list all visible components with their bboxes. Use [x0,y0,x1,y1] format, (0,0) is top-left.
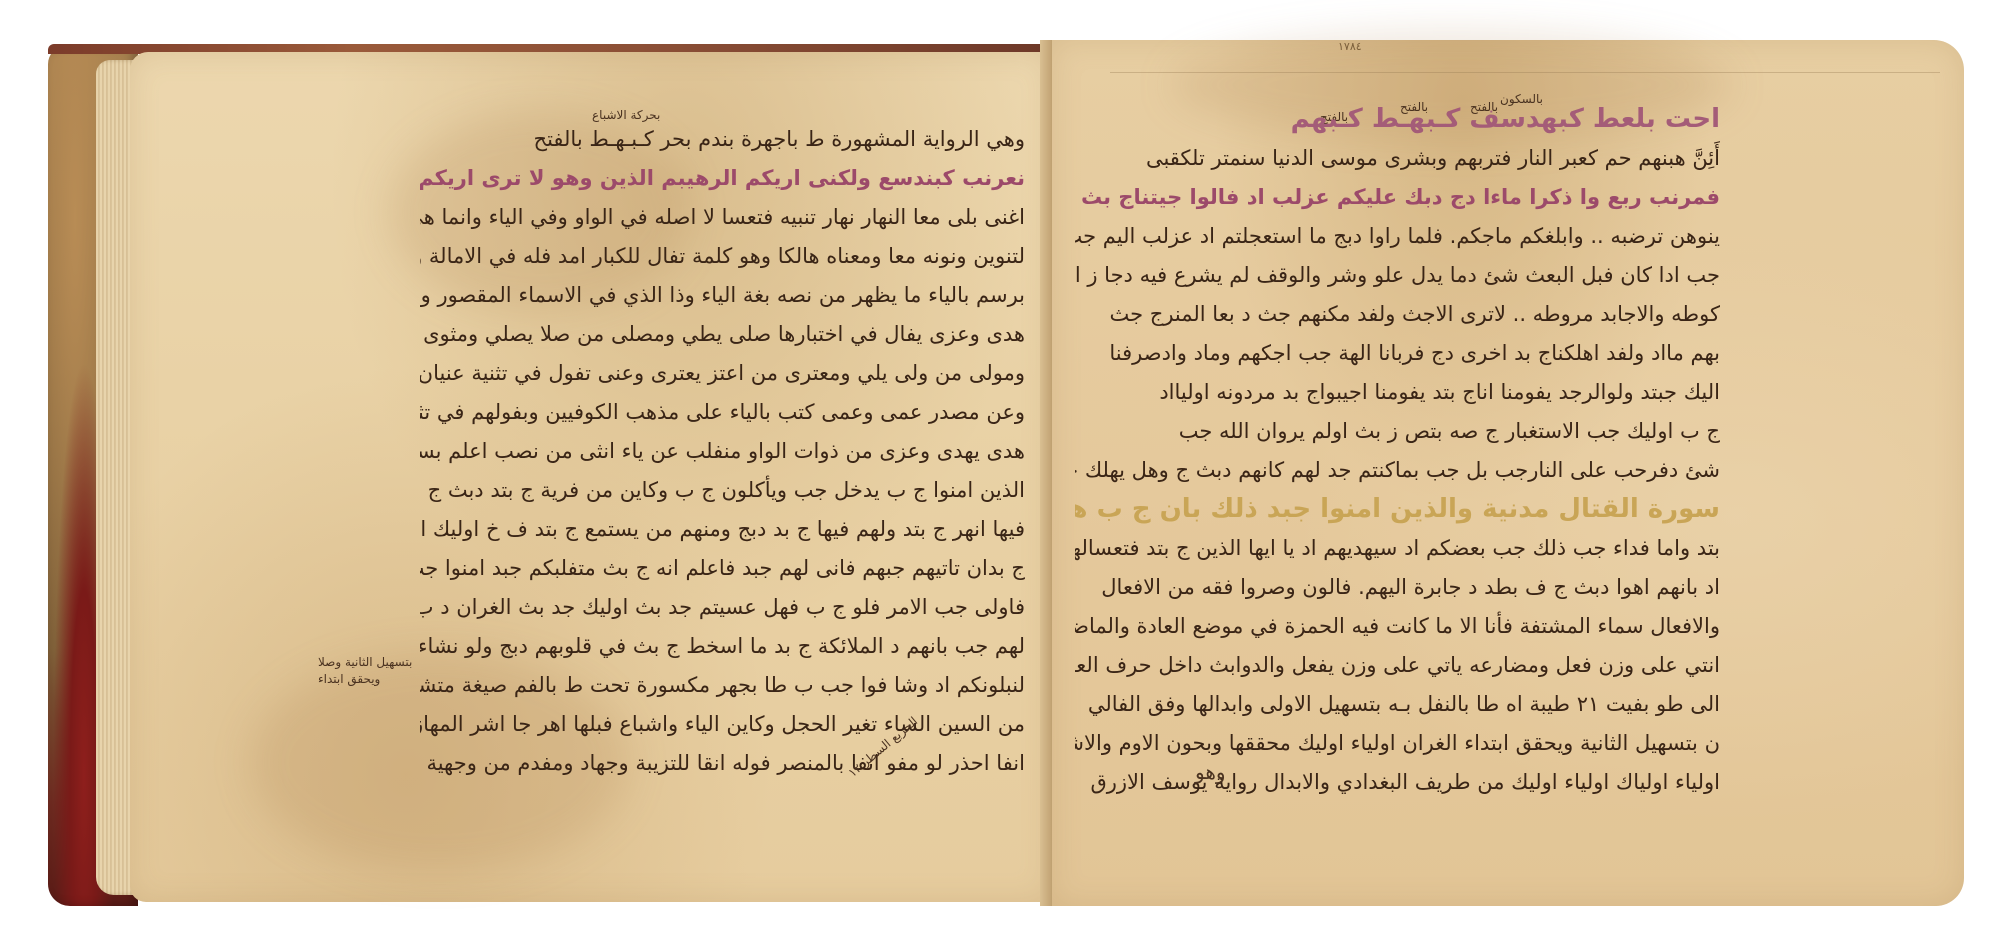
text-line: ومولى من ولى يلي ومعترى من اعتز يعترى وع… [420,354,1025,393]
text-line: شئ دفرحب على النارجب بل جب بماكنتم جد له… [1075,451,1720,490]
text-line: ينوهن ترضبه .. وابلغكم ماجكم. فلما راوا … [1075,217,1720,256]
trailing-note: وهو [1195,760,1226,784]
text-line: انتي على وزن فعل ومضارعه ياتي على وزن يف… [1075,646,1720,685]
text-line: فيها انهر ج بتد ولهم فيها ج بد دبج ومنهم… [420,510,1025,549]
text-line: هدى وعزى يفال في اختبارها صلى يطي ومصلى … [420,315,1025,354]
text-line: فاولى جب الامر فلو ج ب فهل عسيتم جد بث ا… [420,588,1025,627]
text-line: وعن مصدر عمى وعمى كتب بالياء على مذهب ال… [420,393,1025,432]
text-line: لنبلونكم اد وشا فوا جب ب طا بجهر مكسورة … [420,666,1025,705]
text-line: اليك جبتد ولوالرجد يفومنا اناج بتد يفومن… [1075,373,1720,412]
text-line: لتنوين ونونه معا ومعناه هالكا وهو كلمة ت… [420,237,1025,276]
text-line: من السين الساء تغير الحجل وكاين الياء وا… [420,705,1025,744]
left-text-block: وهي الرواية المشهورة ط باجهرة بندم بحر ك… [420,120,1025,783]
text-line: ن بتسهيل الثانية ويحقق ابتداء الغران اول… [1075,724,1720,763]
text-line: الى طو بفيت ٢١ طيبة اه طا بالنفل بـه بتس… [1075,685,1720,724]
text-line-rubric: فمرنب ربع وا ذكرا ماءا دج دبك عليكم عزلب… [1075,178,1720,217]
marginal-note: ويحقق ابتداء [318,672,380,686]
marginal-note: بتسهيل الثانية وصلا [318,655,412,669]
text-line: الذين امنوا ج ب يدخل جب ويأكلون ج ب وكاي… [420,471,1025,510]
text-line: لهم جب بانهم د الملائكة ج بد ما اسخط ج ب… [420,627,1025,666]
text-line: جب ادا كان فبل البعث شئ دما يدل علو وشر … [1075,256,1720,295]
text-line: أَئِنَّ هبنهم حم كعبر النار فتربهم وبشرى… [1075,139,1720,178]
text-line: برسم بالياء ما يظهر من نصه بغة الياء وذا… [420,276,1025,315]
folio-number: ١٧٨٤ [1338,40,1362,53]
manuscript-photo: ١٧٨٤ بحركة الاشباع وهي الرواية المشهورة … [0,0,2000,948]
text-line: انفا احذر لو مفو انفا بالمنصر فوله انقا … [420,744,1025,783]
text-line: اد بانهم اهوا دبث ج ف بطد د جابرة اليهم.… [1075,568,1720,607]
text-line: والافعال سماء المشتفة فأنا الا ما كانت ف… [1075,607,1720,646]
text-line: اغنى بلى معا النهار نهار تنبيه فتعسا لا … [420,198,1025,237]
ruled-line [1110,72,1940,73]
text-line: بهم مااد ولفد اهلكناج بد اخرى دج فربانا … [1075,334,1720,373]
rubric-heading: احت بلعط كبهدسف كـبهـط كـبهم [1075,100,1720,139]
text-line: اولياء اولياك اولياء اوليك من طريف البغد… [1075,763,1720,802]
text-line: وهي الرواية المشهورة ط باجهرة بندم بحر ك… [420,120,1025,159]
text-line: ج بدان تاتيهم جبهم فانى لهم جبد فاعلم ان… [420,549,1025,588]
surah-heading-line: سورة القتال مدنية والذين امنوا جبد ذلك ب… [1075,490,1720,529]
text-line: هدى يهدى وعزى من ذوات الواو منفلب عن ياء… [420,432,1025,471]
text-line: بتد واما فداء جب ذلك جب بعضكم اد سيهديهم… [1075,529,1720,568]
text-line: كوطه والاجابد مروطه .. لاترى الاجث ولفد … [1075,295,1720,334]
text-line-rubric: نعرنب كبندسع ولكنى اريكم الرهيبم الذين و… [420,159,1025,198]
text-line: ج ب اوليك جب الاستغبار ج صه بتص ز بث اول… [1075,412,1720,451]
right-text-block: احت بلعط كبهدسف كـبهـط كـبهم أَئِنَّ هبن… [1075,100,1720,802]
